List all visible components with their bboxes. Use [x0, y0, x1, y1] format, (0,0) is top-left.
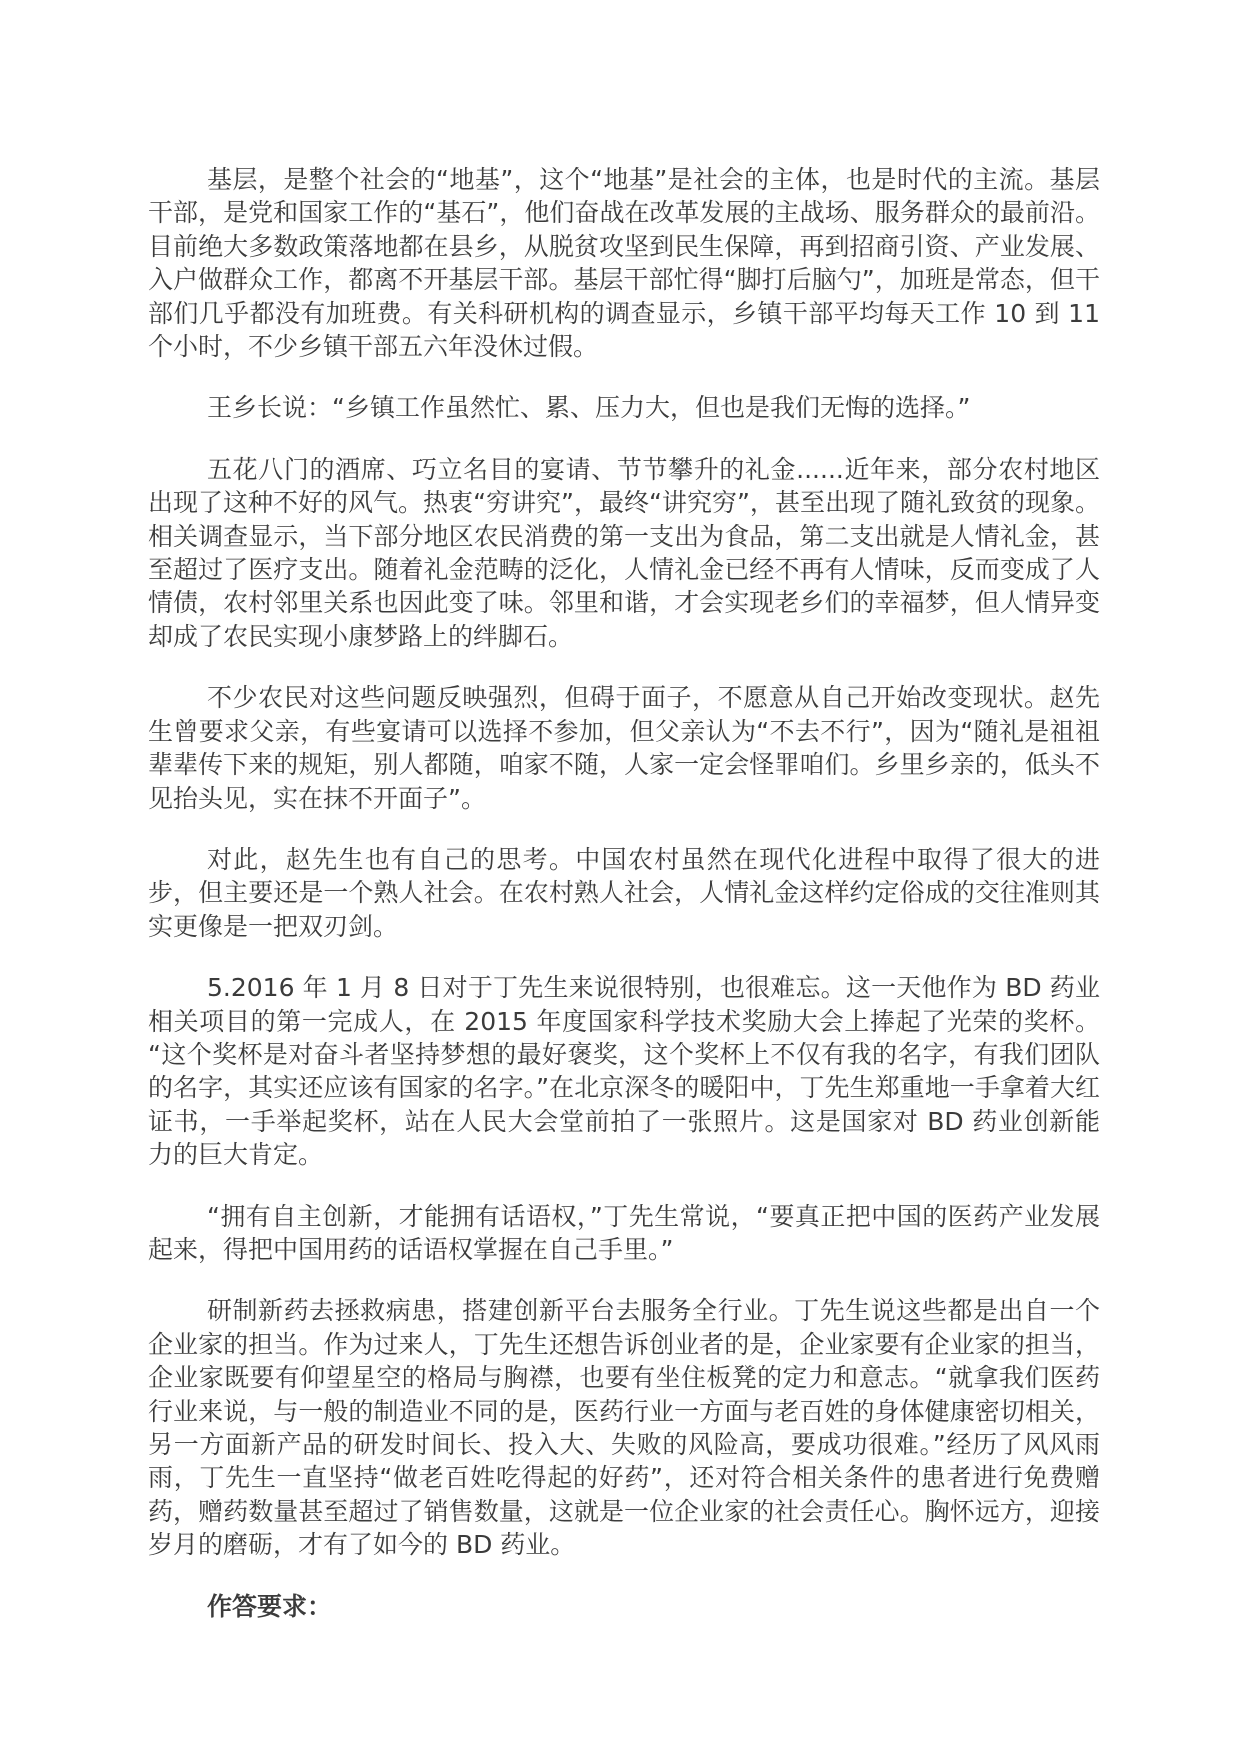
paragraph: 基层，是整个社会的“地基”，这个“地基”是社会的主体，也是时代的主流。基层干部，… — [148, 163, 1100, 363]
document-page: 基层，是整个社会的“地基”，这个“地基”是社会的主体，也是时代的主流。基层干部，… — [0, 0, 1240, 1754]
paragraph: 五花八门的酒席、巧立名目的宴请、节节攀升的礼金......近年来，部分农村地区出… — [148, 453, 1100, 653]
paragraph: 对此，赵先生也有自己的思考。中国农村虽然在现代化进程中取得了很大的进步，但主要还… — [148, 843, 1100, 943]
document-body: 基层，是整个社会的“地基”，这个“地基”是社会的主体，也是时代的主流。基层干部，… — [148, 163, 1100, 1651]
paragraph: 不少农民对这些问题反映强烈，但碍于面子，不愿意从自己开始改变现状。赵先生曾要求父… — [148, 681, 1100, 815]
paragraph: 王乡长说：“乡镇工作虽然忙、累、压力大，但也是我们无悔的选择。” — [148, 391, 1100, 424]
paragraph: “拥有自主创新，才能拥有话语权，”丁先生常说，“要真正把中国的医药产业发展起来，… — [148, 1200, 1100, 1267]
paragraph: 研制新药去拯救病患，搭建创新平台去服务全行业。丁先生说这些都是出自一个企业家的担… — [148, 1294, 1100, 1561]
paragraph: 5.2016 年 1 月 8 日对于丁先生来说很特别，也很难忘。这一天他作为 B… — [148, 971, 1100, 1171]
section-heading: 作答要求： — [148, 1590, 1100, 1623]
